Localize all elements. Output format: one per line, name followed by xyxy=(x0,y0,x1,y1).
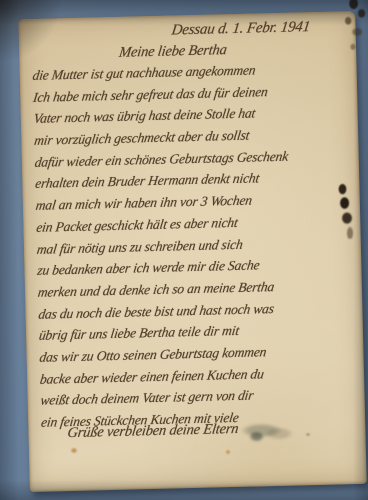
salutation-line: Meine liebe Bertha xyxy=(118,42,228,62)
date-line: Dessau d. 1. Febr. 1941 xyxy=(170,19,311,39)
letter-paper: Dessau d. 1. Febr. 1941 Meine liebe Bert… xyxy=(18,11,366,492)
closing-line: Grüße verbleiben deine Eltern xyxy=(66,421,239,442)
letter-body: die Mutter ist gut nachhause angekommen … xyxy=(32,57,360,433)
photo-backdrop: Dessau d. 1. Febr. 1941 Meine liebe Bert… xyxy=(0,0,368,500)
